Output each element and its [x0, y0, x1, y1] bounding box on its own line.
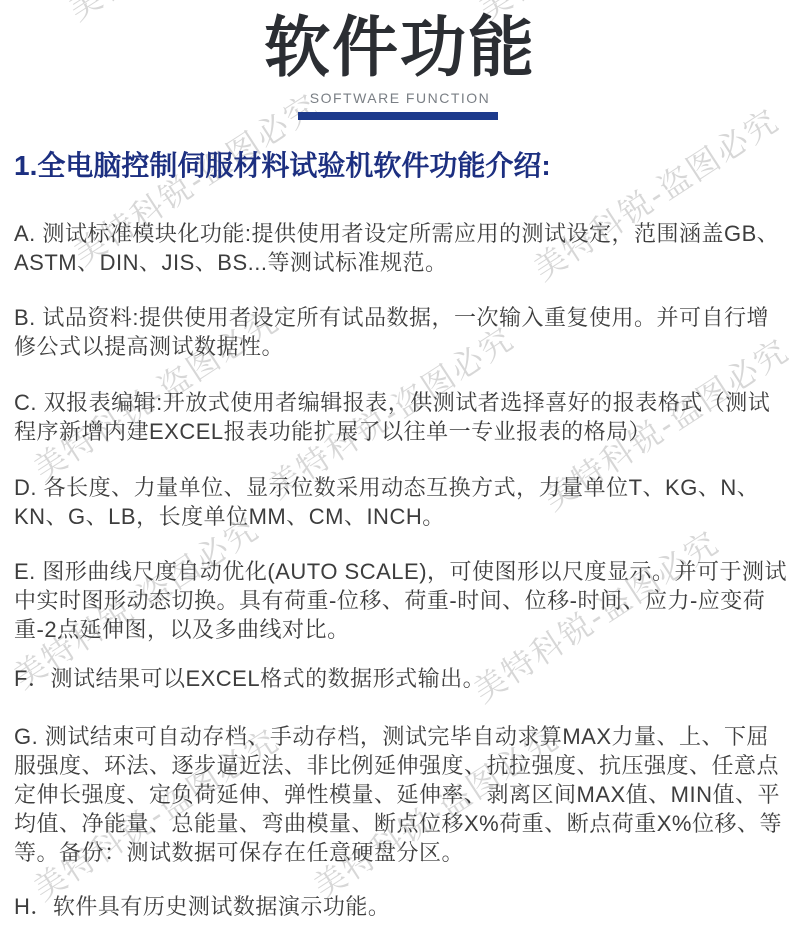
- feature-paragraph-c: C. 双报表编辑:开放式使用者编辑报表，供测试者选择喜好的报表格式（测试程序新增…: [14, 388, 788, 446]
- feature-paragraph-e: E. 图形曲线尺度自动优化(AUTO SCALE)，可使图形以尺度显示。并可于测…: [14, 557, 788, 644]
- feature-paragraph-g: G. 测试结束可自动存档、手动存档，测试完毕自动求算MAX力量、上、下屈服强度、…: [14, 722, 788, 867]
- page-title: 软件功能: [0, 12, 800, 83]
- feature-paragraph-a: A. 测试标准模块化功能:提供使用者设定所需应用的测试设定，范围涵盖GB、AST…: [14, 219, 788, 277]
- feature-paragraph-b: B. 试品资料:提供使用者设定所有试品数据，一次输入重复使用。并可自行增修公式以…: [14, 303, 788, 361]
- title-divider-bar: [298, 112, 498, 120]
- page: 美特科锐-盗图必究 美特科锐-盗图必究 美特科锐-盗图必究 美特科锐-盗图必究 …: [0, 0, 800, 942]
- feature-paragraph-d: D. 各长度、力量单位、显示位数采用动态互换方式，力量单位T、KG、N、KN、G…: [14, 473, 788, 531]
- feature-paragraph-f: F．测试结果可以EXCEL格式的数据形式输出。: [14, 664, 788, 693]
- section-heading: 1.全电脑控制伺服材料试验机软件功能介绍:: [14, 144, 786, 184]
- feature-paragraph-h: H．软件具有历史测试数据演示功能。: [14, 892, 788, 921]
- page-subtitle: SOFTWARE FUNCTION: [0, 90, 800, 106]
